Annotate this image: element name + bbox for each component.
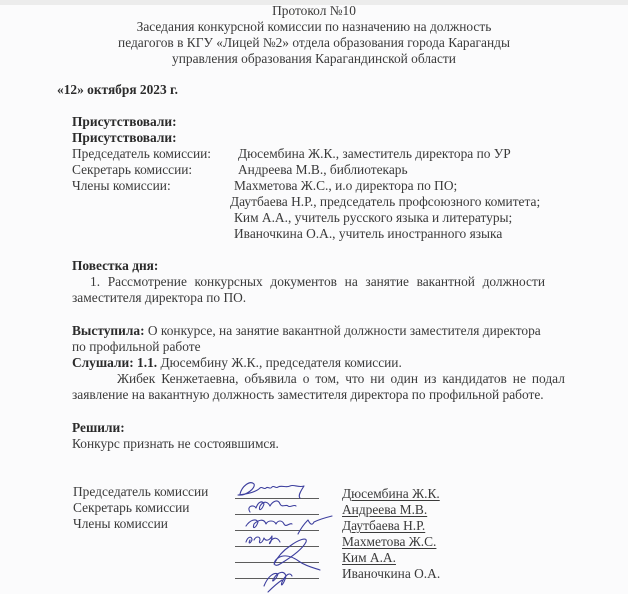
sign-role-secretary: Секретарь комиссии xyxy=(73,500,189,516)
decision-text: Конкурс признать не состоявшимся. xyxy=(72,436,279,452)
role-members: Члены комиссии: xyxy=(72,178,171,194)
role-chair: Председатель комиссии: xyxy=(72,146,211,162)
spoke-label: Выступила: xyxy=(72,323,145,338)
sign-name-3: Даутбаева Н.Р. xyxy=(342,518,425,534)
attendance-heading-repeat: Присутствовали: xyxy=(72,130,177,146)
header-line-1: Заседания конкурсной комиссии по назначе… xyxy=(0,19,628,35)
agenda-item-1: 1. Рассмотрение конкурсных документов на… xyxy=(90,274,545,290)
person-member-1: Махметова Ж.С., и.о директора по ПО; xyxy=(234,178,457,194)
heard-text: Дюсембину Ж.К., председателя комиссии. xyxy=(157,355,402,370)
announcement-line-2: заявление на вакантную должность замести… xyxy=(72,387,544,403)
person-secretary: Андреева М.В., библиотекарь xyxy=(238,162,408,178)
sign-name-6: Иваночкина О.А. xyxy=(342,566,440,582)
spoke-text-cont: по профильной работе xyxy=(72,339,201,355)
sign-name-2: Андреева М.В. xyxy=(342,502,427,518)
meeting-date: «12» октября 2023 г. xyxy=(57,82,178,98)
heard-label: Слушали: 1.1. xyxy=(72,355,157,370)
person-member-3: Ким А.А., учитель русского языка и литер… xyxy=(234,210,512,226)
person-chair: Дюсембина Ж.К., заместитель директора по… xyxy=(238,146,511,162)
agenda-heading: Повестка дня: xyxy=(72,258,158,274)
sign-name-5: Ким А.А. xyxy=(342,550,396,566)
announcement-line-1: Жибек Кенжетаевна, объявила о том, что н… xyxy=(117,371,565,387)
spoke-text: О конкурсе, на занятие вакантной должнос… xyxy=(145,323,541,338)
person-member-4: Иваночкина О.А., учитель иностранного яз… xyxy=(234,226,502,242)
protocol-title: Протокол №10 xyxy=(0,3,628,19)
header-line-3: управления образования Карагандинской об… xyxy=(0,51,628,67)
heard-line: Слушали: 1.1. Дюсембину Ж.К., председате… xyxy=(72,355,402,371)
sign-name-4: Махметова Ж.С. xyxy=(342,534,436,550)
sign-role-chair: Председатель комиссии xyxy=(73,484,208,500)
role-secretary: Секретарь комиссии: xyxy=(72,162,192,178)
handwritten-signatures-image xyxy=(228,476,338,594)
header-line-2: педагогов в КГУ «Лицей №2» отдела образо… xyxy=(0,35,628,51)
attendance-heading: Присутствовали: xyxy=(72,114,177,130)
sign-role-members: Члены комиссии xyxy=(73,516,168,532)
person-member-2: Даутбаева Н.Р., председатель профсоюзног… xyxy=(230,194,540,210)
decision-heading: Решили: xyxy=(72,420,125,436)
spoke-line: Выступила: О конкурсе, на занятие вакант… xyxy=(72,323,541,339)
agenda-item-1-cont: заместителя директора по ПО. xyxy=(72,290,246,306)
sign-name-1: Дюсембина Ж.К. xyxy=(342,486,440,502)
